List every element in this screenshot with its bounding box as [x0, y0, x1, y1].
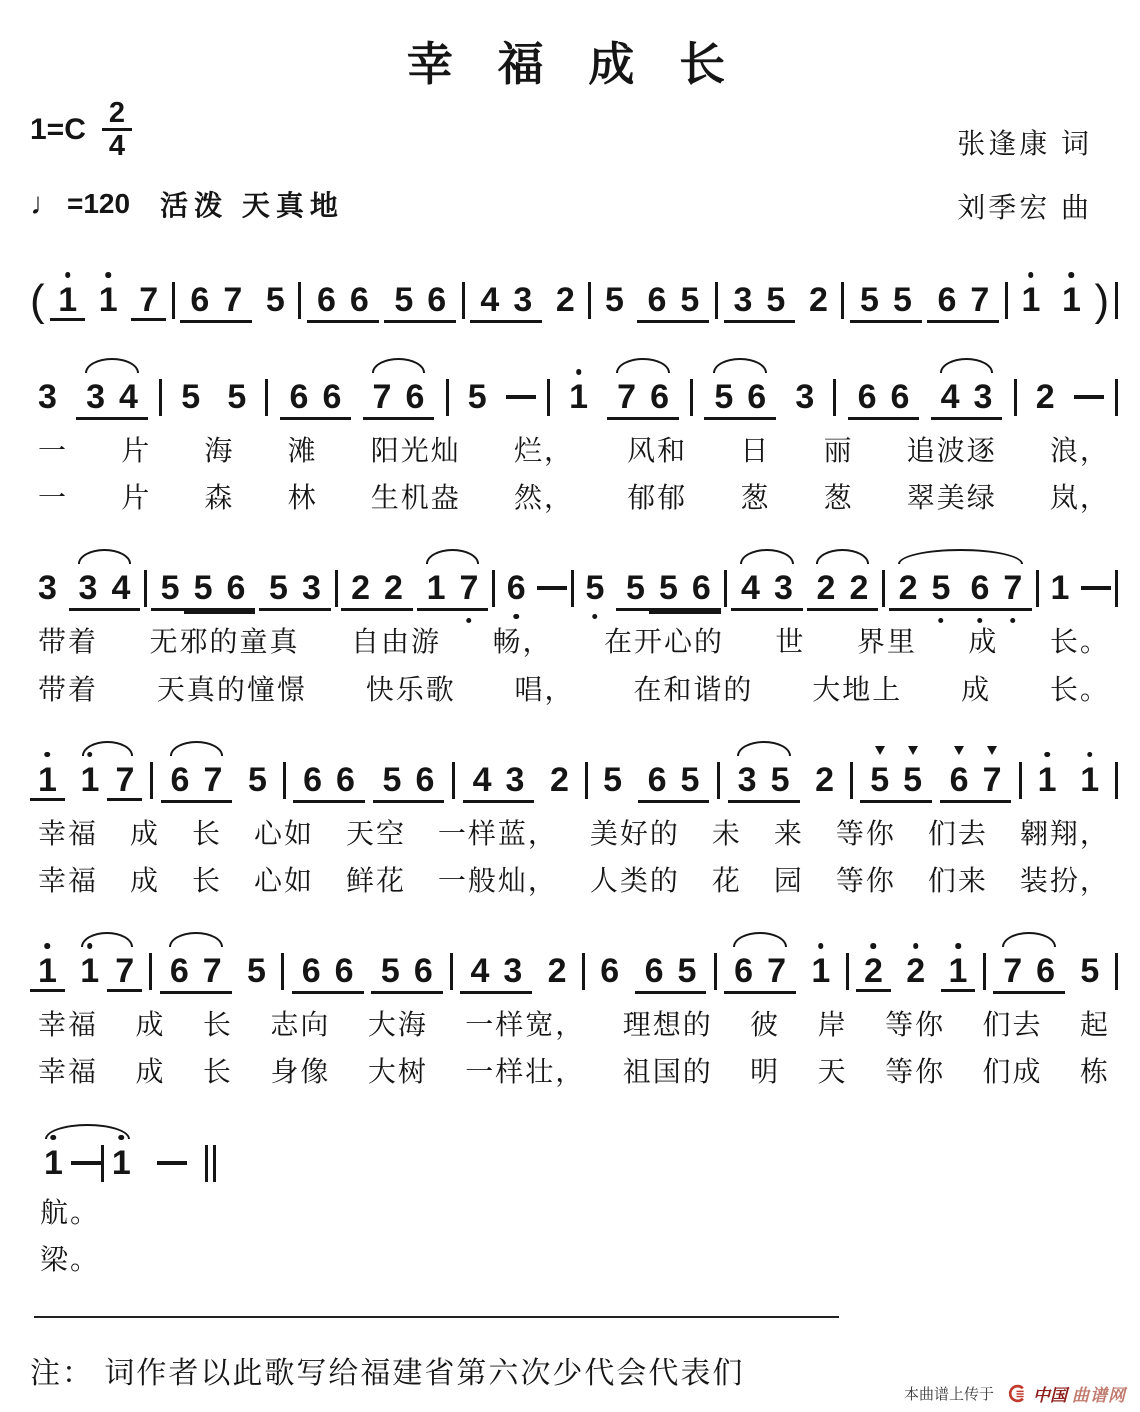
note: 2 — [344, 570, 377, 606]
lyric-syllable: 航。 — [40, 1197, 100, 1229]
beam-group: 556 — [151, 570, 256, 611]
barline — [462, 282, 465, 319]
lyric-syllable: 起 — [1080, 1009, 1110, 1041]
note: 5 — [707, 379, 740, 415]
beam-group: 56 — [371, 953, 443, 994]
lyric-syllable: 长。 — [1050, 626, 1110, 658]
watermark: 本曲谱上传于 中国 曲谱网 — [904, 1381, 1126, 1406]
note: 1 — [1043, 570, 1078, 606]
lyric-syllable: 一 — [38, 482, 68, 514]
lyric-line: 幸福成长志向大海一样宽，理想的彼岸等你们去起 — [30, 1009, 1118, 1041]
lyric-syllable: 无邪的童真 — [149, 626, 299, 658]
note: 3 — [767, 570, 800, 606]
slur-group: 17 — [72, 953, 142, 992]
key-signature: 1=C 2 4 — [30, 98, 344, 162]
beam-group: 53 — [259, 570, 331, 611]
lyric-syllable: 丽 — [824, 435, 854, 467]
note: 6 — [398, 379, 431, 415]
note: 7 — [996, 570, 1029, 606]
note: 5 — [595, 762, 630, 798]
note: 6 — [643, 379, 676, 415]
barline — [841, 282, 844, 319]
note: 2 — [377, 570, 410, 606]
key-label: 1=C — [30, 113, 86, 147]
barline — [150, 762, 153, 799]
barline — [833, 379, 836, 416]
lyric-syllable: 鲜花 — [346, 865, 406, 897]
note: 2 — [548, 282, 583, 318]
lyric-line: 一片海滩阳光灿烂，风和日丽追波逐浪， — [30, 435, 1118, 467]
beam-group: 56 — [384, 282, 456, 323]
note: 7 — [196, 762, 229, 798]
lyric-syllable: 翱翔， — [1020, 818, 1110, 850]
note: 1 — [1054, 282, 1089, 318]
note: 4 — [466, 762, 499, 798]
barline — [1115, 282, 1118, 319]
note: 7 — [760, 953, 793, 989]
lyric-syllable: 阳光灿 — [371, 435, 461, 467]
upload-text: 本曲谱上传于 — [904, 1383, 994, 1404]
barline — [283, 762, 286, 799]
barline — [450, 953, 453, 990]
lyric-syllable: 片 — [121, 482, 151, 514]
accent-icon — [908, 746, 918, 755]
note: 2 — [801, 282, 836, 318]
lyric-syllable: 祖国的 — [623, 1056, 713, 1088]
note: 1 — [73, 762, 108, 798]
lyric-syllable: 岸 — [818, 1009, 848, 1041]
note: 7 — [963, 282, 996, 318]
barline — [547, 379, 550, 416]
lyric-syllable: 等你 — [836, 865, 896, 897]
barline — [144, 570, 147, 607]
slur-group: 11 — [36, 1145, 139, 1182]
octave-dot-below — [466, 618, 472, 624]
beam-group: 22 — [341, 570, 413, 611]
note: 4 — [734, 570, 767, 606]
duration-dash — [1074, 395, 1104, 399]
music-system: 33455653221765556432225671带着无邪的童真自由游畅，在开… — [30, 544, 1118, 705]
octave-dot-above — [51, 1135, 57, 1141]
duration-dash — [71, 1161, 101, 1165]
beam-group: 67 — [927, 282, 999, 323]
beam-group: 43 — [460, 953, 532, 994]
beam-group: 67 — [940, 762, 1012, 803]
note: 1 — [36, 1145, 71, 1181]
song-title: 幸 福 成 长 — [30, 28, 1118, 94]
lyric-line: 幸福成长心如天空一样蓝，美好的未来等你们去翱翔， — [30, 818, 1118, 850]
note: 2 — [842, 570, 875, 606]
beam-group: 35 — [724, 282, 796, 323]
note: 4 — [104, 570, 137, 606]
note: 2 — [807, 762, 842, 798]
note: 6 — [420, 282, 453, 318]
beam-group: 17 — [417, 570, 489, 611]
note: 5 — [619, 570, 652, 606]
beam-group: 66 — [280, 379, 352, 420]
lyric-syllable: 志向 — [270, 1009, 330, 1041]
credits: 张逢康 词 刘季宏 曲 — [957, 122, 1118, 226]
octave-dot-above — [87, 752, 93, 758]
octave-dot-above — [818, 943, 824, 949]
barline — [452, 762, 455, 799]
lyric-syllable: 们去 — [928, 818, 988, 850]
note: 6 — [685, 570, 718, 606]
note: 5 — [652, 570, 685, 606]
note: 6 — [963, 570, 996, 606]
octave-dot-above — [45, 752, 51, 758]
lyric-syllable: 大树 — [368, 1056, 428, 1088]
note: 6 — [407, 953, 440, 989]
barline — [1115, 379, 1118, 416]
note: 6 — [638, 953, 671, 989]
note: 4 — [473, 282, 506, 318]
beam-group: 34 — [76, 379, 148, 420]
lyric-syllable: 等你 — [836, 818, 896, 850]
barline — [492, 570, 495, 607]
note: 6 — [329, 762, 362, 798]
final-barline-right — [213, 1145, 216, 1182]
beam-group: 65 — [635, 953, 707, 994]
note: 5 — [925, 570, 958, 606]
note: 7 — [216, 282, 249, 318]
duration-dash — [506, 395, 536, 399]
barline — [690, 379, 693, 416]
note: 3 — [731, 762, 764, 798]
note: 3 — [727, 282, 760, 318]
beam-group: 25 — [889, 570, 961, 611]
beam-group: 65 — [638, 762, 710, 803]
note: 5 — [896, 762, 929, 798]
octave-dot-below — [1010, 618, 1016, 624]
lyric-syllable: 一样宽， — [465, 1009, 585, 1041]
lyric-syllable: 园 — [774, 865, 804, 897]
beam-group: 43 — [931, 379, 1003, 420]
note: 5 — [239, 953, 274, 989]
quarter-note-icon: ♩ — [30, 186, 61, 222]
header-meta: 1=C 2 4 ♩ =120 活泼 天真地 张逢康 词 刘季宏 曲 — [30, 98, 1118, 226]
lyric-syllable: 大地上 — [812, 674, 902, 706]
lyric-line: 幸福成长心如鲜花一般灿，人类的花园等你们来装扮， — [30, 865, 1118, 897]
note: 6 — [641, 762, 674, 798]
barline — [715, 282, 718, 319]
lyric-syllable: 花 — [712, 865, 742, 897]
lyric-syllable: 林 — [288, 482, 318, 514]
note: 7 — [366, 379, 399, 415]
note: 6 — [163, 953, 196, 989]
barline — [1019, 762, 1022, 799]
note: 6 — [328, 953, 361, 989]
note: 5 — [671, 953, 704, 989]
beam-group: 55 — [860, 762, 932, 803]
note: 6 — [283, 379, 316, 415]
lyric-line: 带着天真的憧憬快乐歌唱，在和谐的大地上成长。 — [30, 674, 1118, 706]
note: 2 — [898, 953, 933, 989]
note: 2 — [810, 570, 843, 606]
note: 6 — [883, 379, 916, 415]
music-line: 1176756656432665671221765 — [30, 927, 1118, 994]
note: 3 — [496, 953, 529, 989]
octave-dot-above — [871, 943, 877, 949]
barline — [588, 282, 591, 319]
lyric-line: 幸福成长身像大树一样壮，祖国的明天等你们成栋 — [30, 1056, 1118, 1088]
slur-group: 2567 — [889, 570, 1033, 611]
composer-credit: 刘季宏 曲 — [957, 186, 1092, 226]
beam-group: 67 — [960, 570, 1032, 611]
beam-group: 67 — [161, 762, 233, 803]
note: 6 — [183, 282, 216, 318]
lyric-line: 航。 — [30, 1197, 1118, 1229]
beam-group: 35 — [728, 762, 800, 803]
lyric-syllable: 明 — [750, 1056, 780, 1088]
accent-icon — [875, 746, 885, 755]
music-line: 334556676517656366432 — [30, 353, 1118, 420]
music-system: 1176756656432665671221765幸福成长志向大海一样宽，理想的… — [30, 927, 1118, 1088]
note: 6 — [592, 953, 627, 989]
note: 7 — [107, 953, 142, 992]
note: 1 — [104, 1145, 139, 1181]
note: 3 — [72, 570, 105, 606]
note: 6 — [315, 379, 348, 415]
lyric-syllable: 等你 — [885, 1009, 945, 1041]
time-signature-numerator: 2 — [102, 98, 132, 128]
note: 1 — [50, 282, 85, 321]
music-system: (1176756656432565352556711) — [30, 256, 1118, 323]
lyric-syllable: 世 — [775, 626, 805, 658]
tempo-row: ♩ =120 活泼 天真地 — [30, 184, 344, 224]
duration-dash — [157, 1161, 187, 1165]
octave-dot-below — [513, 614, 519, 620]
note: 6 — [943, 762, 976, 798]
lyric-syllable: 天真的憧憬 — [157, 674, 307, 706]
lyric-syllable: 长 — [203, 1009, 233, 1041]
lyric-syllable: 带着 — [38, 626, 98, 658]
beam-group: 67 — [180, 282, 252, 323]
lyric-syllable: 葱 — [740, 482, 770, 514]
cnscore-logo-icon — [1007, 1384, 1026, 1403]
music-system: 11航。梁。 — [30, 1119, 1118, 1276]
lyric-syllable: 成 — [968, 626, 998, 658]
final-barline — [205, 1145, 216, 1182]
note: 3 — [79, 379, 112, 415]
lyric-syllable: 翠美绿 — [907, 482, 997, 514]
lyricist-credit: 张逢康 词 — [957, 122, 1092, 162]
note: 5 — [759, 282, 792, 318]
octave-dot-above — [1044, 752, 1050, 758]
lyric-syllable: 天 — [818, 1056, 848, 1088]
octave-dot-above — [913, 943, 919, 949]
lyric-syllable: 成 — [130, 865, 160, 897]
note: 5 — [764, 762, 797, 798]
octave-dot-above — [1028, 272, 1034, 278]
note: 6 — [219, 570, 252, 606]
note: 6 — [640, 282, 673, 318]
note: 5 — [853, 282, 886, 318]
note: 7 — [107, 762, 142, 801]
barline — [1115, 762, 1118, 799]
lyric-syllable: 自由游 — [351, 626, 441, 658]
lyric-syllable: 快乐歌 — [366, 674, 456, 706]
note: 6 — [930, 282, 963, 318]
note: 2 — [540, 953, 575, 989]
barline — [724, 570, 727, 607]
parenthesis: ( — [30, 282, 45, 320]
note: 6 — [727, 953, 760, 989]
lyric-syllable: 天空 — [346, 818, 406, 850]
sheet-page: 幸 福 成 长 1=C 2 4 ♩ =120 活泼 天真地 张逢康 词 刘季宏 … — [0, 0, 1140, 1412]
barline — [714, 953, 717, 990]
barline — [1014, 379, 1017, 416]
site-name-light: 曲谱网 — [1072, 1381, 1126, 1406]
lyric-syllable: 身像 — [270, 1056, 330, 1088]
note: 6 — [164, 762, 197, 798]
note: 2 — [542, 762, 577, 798]
note: 5 — [262, 570, 295, 606]
note: 5 — [173, 379, 208, 415]
octave-dot-below — [938, 618, 944, 624]
lyric-syllable: 在和谐的 — [633, 674, 753, 706]
note: 5 — [1072, 953, 1107, 989]
expression-text: 活泼 天真地 — [160, 184, 344, 224]
accent-icon — [987, 746, 997, 755]
barline — [281, 953, 284, 990]
lyric-syllable: 梁。 — [40, 1244, 100, 1276]
lyric-syllable: 幸福 — [38, 1056, 98, 1088]
note: 7 — [996, 953, 1029, 989]
note: 7 — [131, 282, 166, 321]
lyric-syllable: 烂， — [514, 435, 574, 467]
note: 6 — [408, 762, 441, 798]
octave-dot-below — [977, 618, 983, 624]
barline — [585, 762, 588, 799]
note: 6 — [295, 953, 328, 989]
note: 5 — [187, 570, 220, 606]
note: 5 — [673, 282, 706, 318]
note: 5 — [597, 282, 632, 318]
lyric-syllable: 幸福 — [38, 818, 98, 850]
lyric-syllable: 滩 — [288, 435, 318, 467]
beam-group: 556 — [616, 570, 721, 611]
lyric-syllable: 一 — [38, 435, 68, 467]
lyric-syllable: 森 — [204, 482, 234, 514]
note: 4 — [112, 379, 145, 415]
lyric-syllable: 理想的 — [623, 1009, 713, 1041]
note: 5 — [863, 762, 896, 798]
lyric-syllable: 美好的 — [590, 818, 680, 850]
lyric-syllable: 长。 — [1050, 674, 1110, 706]
note: 5 — [258, 282, 293, 318]
lyric-syllable: 成 — [961, 674, 991, 706]
lyric-syllable: 心如 — [254, 865, 314, 897]
lyric-syllable: 在开心的 — [604, 626, 724, 658]
beam-group: 66 — [848, 379, 920, 420]
duration-dash — [537, 586, 567, 590]
lyric-syllable: 一样壮， — [465, 1056, 585, 1088]
beam-group: 66 — [307, 282, 379, 323]
beam-group: 43 — [470, 282, 542, 323]
music-line: 33455653221765556432225671 — [30, 544, 1118, 611]
note: 4 — [463, 953, 496, 989]
music-system: 334556676517656366432一片海滩阳光灿烂，风和日丽追波逐浪，一… — [30, 353, 1118, 514]
note: 1 — [1072, 762, 1107, 798]
note: 1 — [1014, 282, 1049, 318]
note: 1 — [30, 953, 65, 992]
note: 6 — [740, 379, 773, 415]
slur-group: 17 — [73, 762, 143, 801]
barline — [1036, 570, 1039, 607]
lyric-syllable: 长 — [192, 818, 222, 850]
music-line: 11 — [30, 1119, 1118, 1182]
note: 5 — [374, 953, 407, 989]
octave-dot-above — [105, 272, 111, 278]
barline — [1115, 953, 1118, 990]
parenthesis: ) — [1095, 282, 1110, 320]
lyric-line: 一片森林生机盎然，郁郁葱葱翠美绿岚， — [30, 482, 1118, 514]
octave-dot-above — [955, 943, 961, 949]
score: (1176756656432565352556711)3345566765176… — [30, 256, 1118, 1276]
lyric-syllable: 一样蓝， — [438, 818, 558, 850]
octave-dot-above — [45, 943, 51, 949]
barline — [717, 762, 720, 799]
lyric-syllable: 们去 — [983, 1009, 1043, 1041]
note: 6 — [310, 282, 343, 318]
note: 5 — [886, 282, 919, 318]
note: 5 — [387, 282, 420, 318]
note: 7 — [196, 953, 229, 989]
lyric-syllable: 幸福 — [38, 1009, 98, 1041]
music-system: 1176756656432565352556711幸福成长心如天空一样蓝，美好的… — [30, 736, 1118, 897]
beam-group: 65 — [637, 282, 709, 323]
barline — [1115, 570, 1118, 607]
footer-divider — [34, 1316, 839, 1318]
duration-dash — [1081, 586, 1111, 590]
barline — [265, 379, 268, 416]
note: 3 — [498, 762, 531, 798]
note: 5 — [577, 570, 612, 606]
note: 1 — [803, 953, 838, 989]
lyric-syllable: 栋 — [1080, 1056, 1110, 1088]
lyric-syllable: 界里 — [857, 626, 917, 658]
note: 6 — [1029, 953, 1062, 989]
beam-group: 34 — [69, 570, 141, 611]
note: 6 — [499, 570, 534, 606]
lyric-syllable: 幸福 — [38, 865, 98, 897]
beam-group: 43 — [463, 762, 535, 803]
note: 6 — [296, 762, 329, 798]
beam-group: 55 — [850, 282, 922, 323]
note: 3 — [506, 282, 539, 318]
note: 6 — [343, 282, 376, 318]
lyric-syllable: 浪， — [1050, 435, 1110, 467]
tempo-value: =120 — [67, 188, 130, 220]
note: 5 — [460, 379, 495, 415]
barline — [446, 379, 449, 416]
barline — [983, 953, 986, 990]
note: 5 — [240, 762, 275, 798]
site-name-strong: 中国 — [1033, 1381, 1067, 1406]
lyric-syllable: 彼 — [750, 1009, 780, 1041]
beam-group: 76 — [993, 953, 1065, 994]
music-line: (1176756656432565352556711) — [30, 256, 1118, 323]
lyric-syllable: 未 — [712, 818, 742, 850]
lyric-syllable: 风和 — [627, 435, 687, 467]
lyric-syllable: 生机盎 — [371, 482, 461, 514]
note: 1 — [561, 379, 596, 415]
note: 5 — [219, 379, 254, 415]
note: 7 — [610, 379, 643, 415]
lyric-syllable: 畅， — [492, 626, 552, 658]
lyric-syllable: 海 — [204, 435, 234, 467]
